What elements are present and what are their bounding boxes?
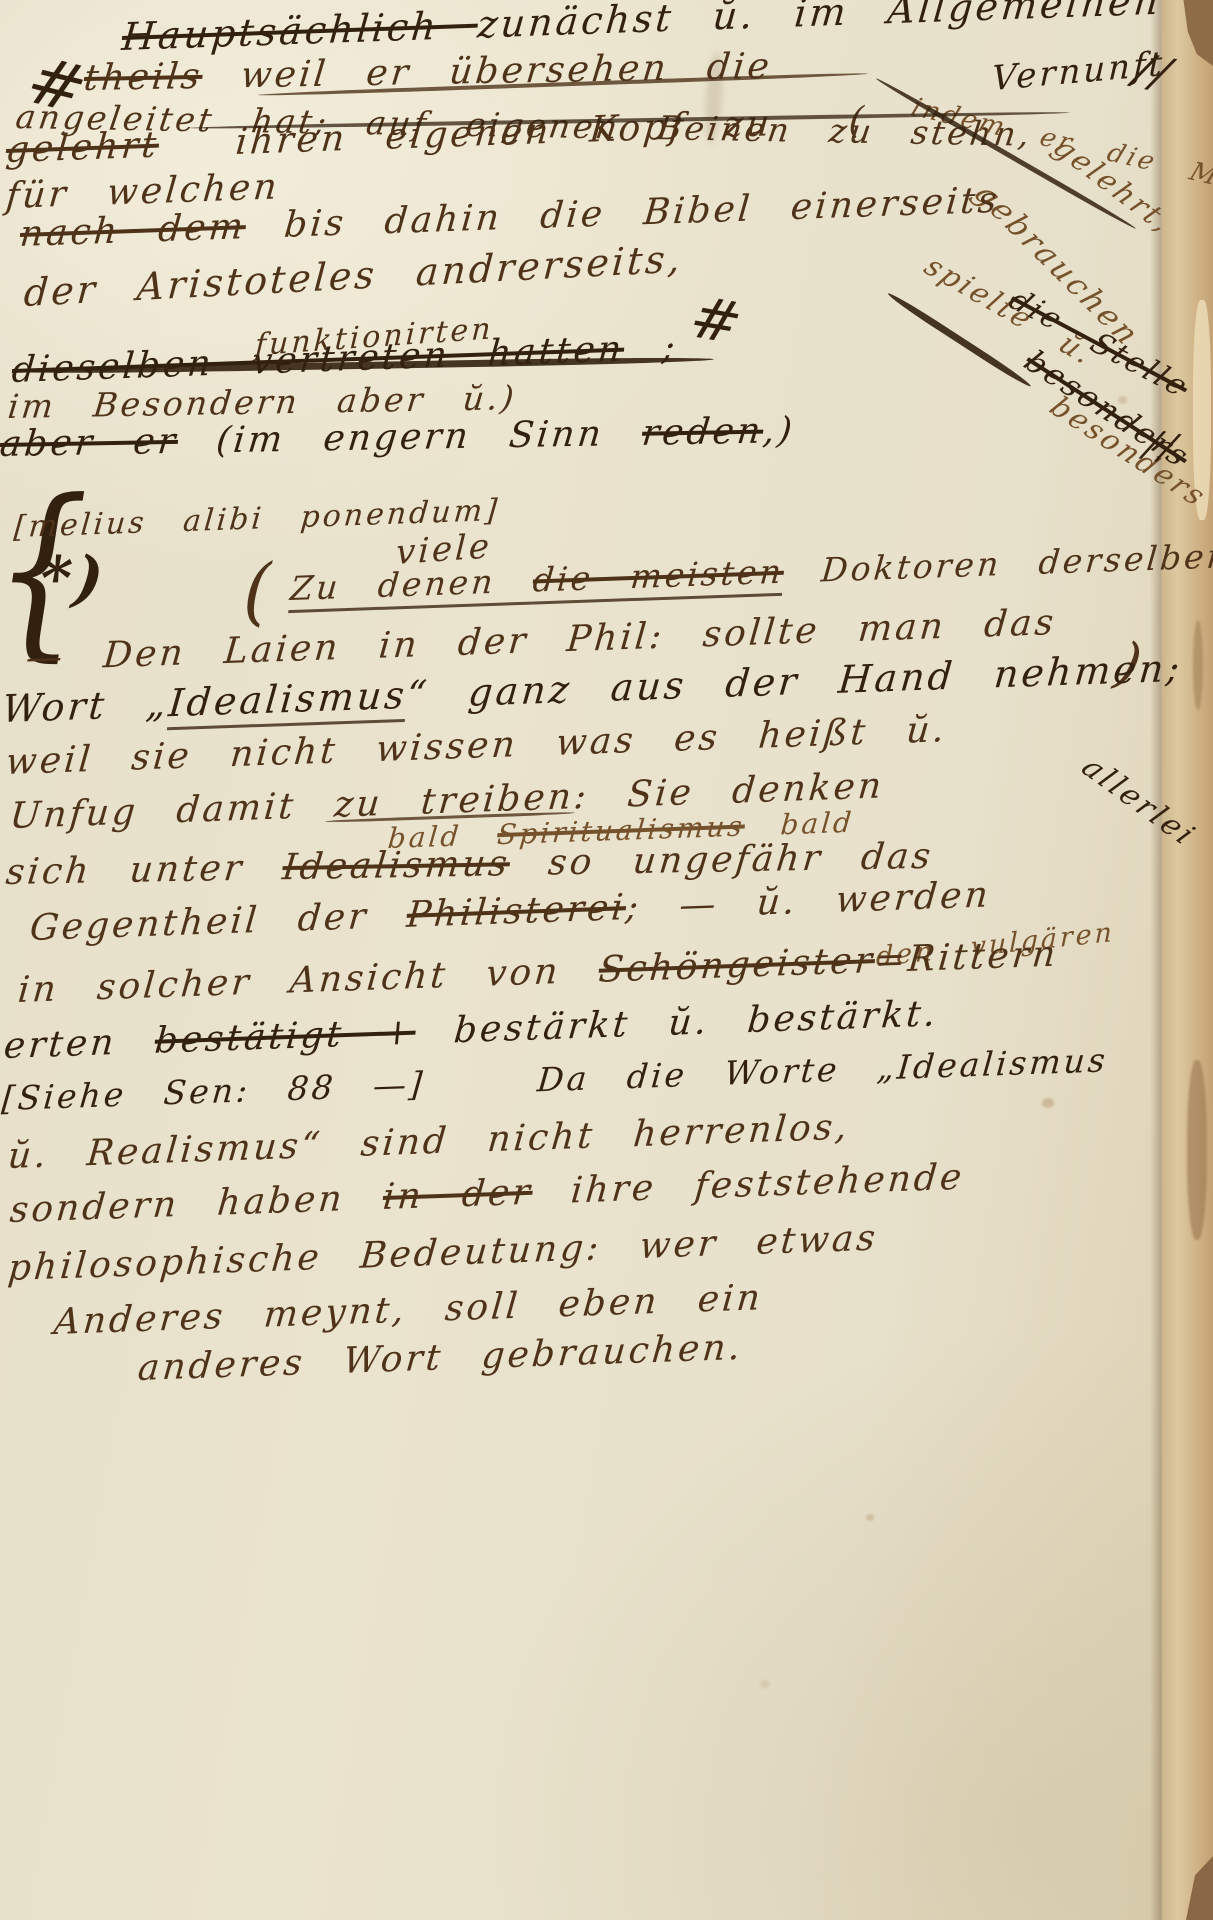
text-segment: Idealismus (166, 676, 408, 730)
paper-stain (866, 1514, 874, 1521)
struck-text: reden (640, 413, 765, 453)
manuscript-page: Hauptsächlich zunächst ŭ. im Allgemeinen… (0, 0, 1213, 1920)
text-segment: zunächst ŭ. im Allgemeinen ) (476, 0, 1213, 46)
text-segment: ; — ŭ. werden (624, 876, 992, 927)
text-segment: sich unter (4, 849, 285, 892)
text-segment: ihre feststehende (531, 1159, 966, 1212)
text-segment: in solcher Ansicht von (16, 952, 600, 1010)
paper-stain (760, 1680, 770, 1688)
book-fore-edge (1162, 0, 1213, 1920)
text-segment: *) (36, 548, 110, 611)
struck-text: aber er (0, 423, 180, 464)
text-segment: bis dahin die Bibel einerseits (244, 182, 1001, 246)
struck-text: Hauptsächlich (120, 6, 479, 58)
struck-text: in der (381, 1174, 534, 1217)
text-segment: Da die Worte „Idealismus (423, 1043, 1109, 1102)
text-segment: anderes Wort gebrauchen. (136, 1329, 744, 1388)
insertion-mark: # (683, 287, 752, 355)
edge-stain (1183, 1856, 1213, 1920)
struck-text: bestätigt + (153, 1014, 417, 1061)
text-segment: Zu denen (288, 563, 534, 612)
text-segment: sondern haben (8, 1179, 384, 1230)
struck-text: Philisterei (405, 889, 627, 935)
struck-text: Schöngeister (597, 942, 876, 990)
asterisk-note-mark: *) (36, 548, 110, 611)
struck-text: theils (82, 58, 204, 98)
big-paren: ( (242, 552, 274, 631)
text-segment: erten (2, 1023, 156, 1066)
struck-text: nach dem (18, 208, 247, 254)
text-segment: Wort „ (1, 684, 171, 730)
struck-text: gelehrt (4, 127, 160, 170)
text-segment: so ungefähr das (508, 838, 935, 883)
handwritten-line: anderes Wort gebrauchen. (136, 1329, 744, 1388)
struck-text: Idealismus (281, 845, 512, 887)
text-segment: ( (242, 552, 274, 631)
text-segment: Gegentheil der (28, 897, 408, 948)
paper-stain (1042, 1098, 1054, 1108)
edge-stain (1193, 620, 1203, 710)
text-segment: [Siehe Sen: 88 —] (0, 1067, 426, 1117)
text-segment: # (683, 287, 752, 355)
text-segment: bestärkt ŭ. bestärkt. (414, 995, 940, 1051)
struck-text: die meisten (531, 555, 785, 605)
text-segment: (im engern Sinn (176, 415, 644, 461)
text-segment: =Rittern (873, 936, 1060, 980)
text-segment: Doktoren derselben gehören, (782, 532, 1213, 590)
text-segment: ,) (761, 412, 796, 450)
edge-stain (1187, 1060, 1207, 1240)
text-segment: bald (744, 808, 856, 841)
